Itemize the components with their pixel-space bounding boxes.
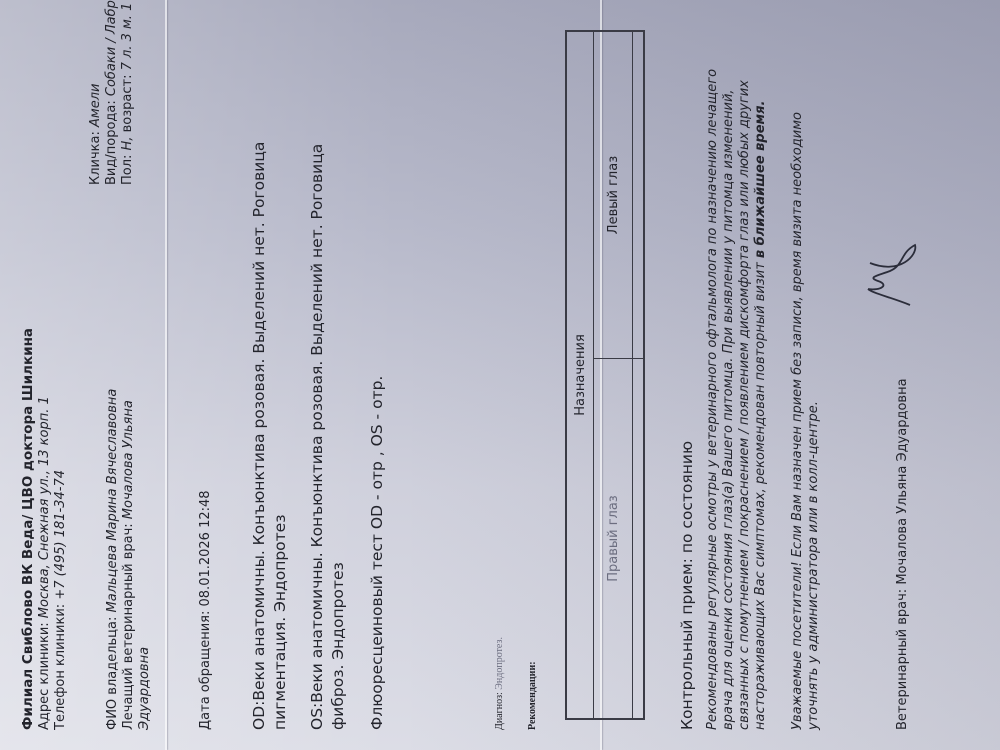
owner-label: ФИО владельца: [105,617,120,730]
right-eye-cell [633,359,645,719]
owner-line: ФИО владельца: Мальцева Марина Вячеславо… [105,389,121,730]
notice-line2: уточнять у администратора или в колл-цен… [806,401,822,730]
doctor-value-cont: Эдуардовна [137,647,153,730]
date-value: 08.01.2026 12:48 [198,490,213,606]
phone-value: +7 (495) 181-34-74 [53,470,68,600]
advice-line4-text: настораживающих Вас симптомах, рекомендо… [753,258,768,730]
address-label: Адрес клиники: [37,622,52,730]
recommendations-label: Рекомендации: [525,661,541,730]
exam-os-line2: фиброз. Эндопротез [329,562,348,730]
diagnosis-value: Эндопротез. [494,637,505,690]
patient-name: Кличка: Амели [88,84,104,185]
vet-report-page: Филиал Свиблово ВК Веда/ ЦВО доктора Шил… [0,0,1000,750]
prescriptions-table: Назначения Правый глаз Левый глаз [565,30,645,720]
advice-line4: настораживающих Вас симптомах, рекомендо… [753,101,769,730]
notice-line1: Уважаемые посетители! Если Вам назначен … [790,112,806,730]
clinic-phone: Телефон клиники: +7 (495) 181-34-74 [53,470,69,730]
patient-breed: Вид/порода: Собаки / Лабрадор [104,0,120,185]
signature-label: Ветеринарный врач: [895,589,910,730]
doctor-line: Лечащий ветеринарный врач: Мочалова Улья… [121,400,137,730]
age-label: возраст: [120,75,135,133]
address-value: Москва, Снежная ул., 13 корп. 1 [37,396,52,618]
right-eye-header: Правый глаз [594,359,633,719]
signature-value: Мочалова Ульяна Эдуардовна [895,378,910,584]
sex-value: Н, [120,137,135,151]
date-label: Дата обращения: [198,611,213,730]
clinic-name: Филиал Свиблово ВК Веда/ ЦВО доктора Шил… [20,328,36,730]
sex-label: Пол: [120,155,135,185]
followup: Контрольный прием: по состоянию [678,441,697,730]
followup-value: по состоянию [678,441,696,553]
paper-fold [165,0,167,750]
left-eye-cell [633,31,645,359]
advice-line2: врача для оценки состояния глаз(а) Вашег… [721,89,737,730]
doctor-label: Лечащий ветеринарный врач: [121,523,136,730]
prescriptions-title: Назначения [566,31,594,719]
advice-line3: связанных с помутнением / покраснением /… [737,80,753,730]
followup-label: Контрольный прием: [678,558,696,730]
fluorescein-test: Флюоресцеиновый тест OD - отр , OS - отр… [368,376,387,730]
patient-sex-age: Пол: Н, возраст: 7 л. 3 м. 1 н. [120,0,136,185]
diagnosis-label: Диагноз: [494,692,505,730]
exam-os-line1: OS:Веки анатомичны. Конъюнктива розовая.… [308,144,327,730]
phone-label: Телефон клиники: [53,604,68,730]
owner-value: Мальцева Марина Вячеславовна [105,389,120,613]
left-eye-header: Левый глаз [594,31,633,359]
diagnosis: Диагноз: Эндопротез. [492,637,508,730]
signature-line: Ветеринарный врач: Мочалова Ульяна Эдуар… [895,378,911,730]
clinic-address: Адрес клиники: Москва, Снежная ул., 13 к… [37,396,53,730]
visit-date: Дата обращения: 08.01.2026 12:48 [198,490,214,730]
doctor-value: Мочалова Ульяна [121,400,136,519]
age-value: 7 л. 3 м. 1 н. [120,0,135,70]
signature-icon [860,235,920,315]
advice-line4-bold: в ближайшее время. [753,101,768,259]
breed-value: Собаки / Лабрадор [104,0,119,96]
advice-line1: Рекомендованы регулярные осмотры у ветер… [705,69,721,730]
breed-label: Вид/порода: [104,100,119,185]
patient-name-value: Амели [88,84,103,127]
patient-name-label: Кличка: [88,131,103,185]
exam-od-line1: OD:Веки анатомичны. Конъюнктива розовая.… [250,142,269,730]
exam-od-line2: пигментация. Эндопротез [271,515,290,730]
